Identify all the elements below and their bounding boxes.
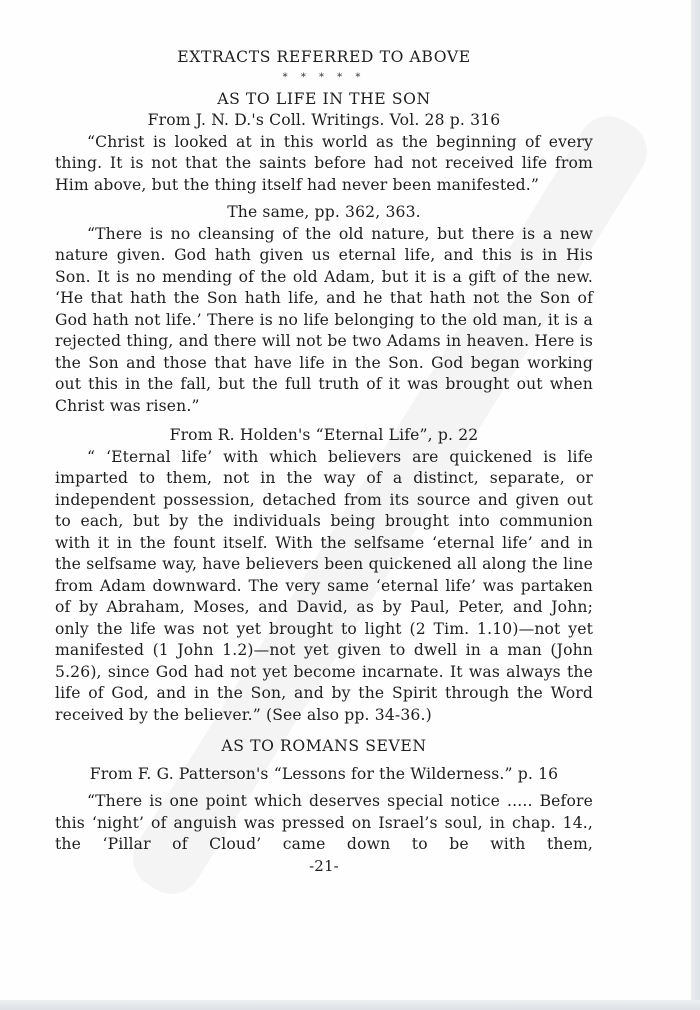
section-life-in-the-son: AS TO LIFE IN THE SON From J. N. D.'s Co… <box>55 89 593 727</box>
extract-text: “Christ is looked at in this world as th… <box>55 132 593 197</box>
extract-text: “ ‘Eternal life’ with which believers ar… <box>55 447 593 727</box>
extract-source: The same, pp. 362, 363. <box>55 202 593 224</box>
section-separator: * * * * * <box>55 71 593 85</box>
extract-source: From F. G. Patterson's “Lessons for the … <box>55 764 593 786</box>
section-heading: AS TO LIFE IN THE SON <box>55 89 593 111</box>
section-heading: AS TO ROMANS SEVEN <box>55 736 593 758</box>
extract-source: From J. N. D.'s Coll. Writings. Vol. 28 … <box>55 110 593 132</box>
page-number: -21- <box>55 856 593 878</box>
page-edge-bottom <box>0 1000 700 1010</box>
extract-text: “There is one point which deserves speci… <box>55 791 593 856</box>
extract-source: From R. Holden's “Eternal Life”, p. 22 <box>55 425 593 447</box>
extract-text: “There is no cleansing of the old nature… <box>55 224 593 418</box>
page-content: EXTRACTS REFERRED TO ABOVE * * * * * AS … <box>55 47 593 877</box>
section-romans-seven: AS TO ROMANS SEVEN From F. G. Patterson'… <box>55 736 593 856</box>
page-title: EXTRACTS REFERRED TO ABOVE <box>55 47 593 69</box>
page-edge <box>691 0 700 1010</box>
